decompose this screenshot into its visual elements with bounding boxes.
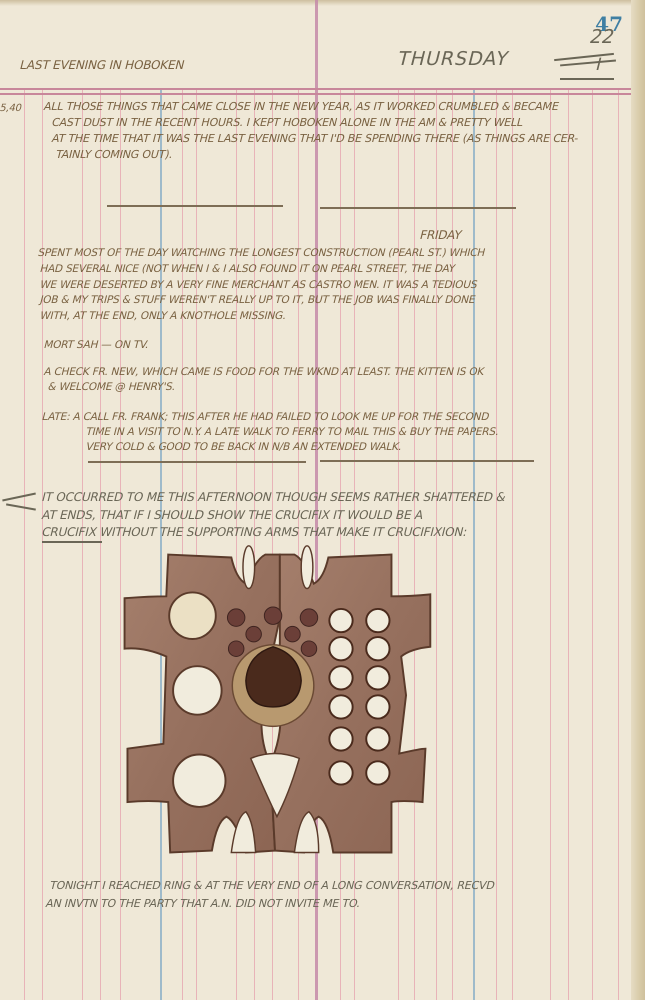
section-divider: [320, 207, 516, 209]
header-rule: [0, 88, 636, 90]
entry-line: CRUCIFIX WITHOUT THE SUPPORTING ARMS THA…: [40, 525, 469, 540]
date-underline: [560, 78, 614, 80]
ruling-line: [568, 90, 569, 1000]
ruling-line: [550, 90, 551, 1000]
entry-line: SPENT MOST OF THE DAY WATCHING THE LONGE…: [36, 246, 487, 261]
drawing-hole: [173, 666, 222, 715]
entry-line: AT THE TIME THAT IT WAS THE LAST EVENING…: [50, 131, 580, 146]
ruling-line: [100, 90, 101, 1000]
header-rule: [0, 93, 636, 95]
ruling-line: [82, 90, 83, 1000]
section-divider: [320, 460, 534, 462]
ruling-line-blue: [473, 90, 475, 1000]
header-title: LAST EVENING IN HOBOKEN: [18, 58, 186, 73]
entry-line: TAINLY COMING OUT).: [54, 147, 174, 162]
ruling-line: [592, 90, 593, 1000]
entry-line: LATE: A CALL FR. FRANK; THIS AFTER HE HA…: [40, 410, 491, 425]
arrow-pointer: [6, 503, 36, 510]
drawing-hole: [169, 592, 216, 639]
entry-line: IT OCCURRED TO ME THIS AFTERNOON THOUGH …: [40, 490, 507, 505]
margin-note: 5,40: [0, 101, 23, 116]
header-day: THURSDAY: [396, 52, 510, 67]
entry-line: A CHECK FR. NEW, WHICH CAME IS FOOD FOR …: [42, 365, 485, 380]
notebook-page: 47 LAST EVENING IN HOBOKEN THURSDAY 22 I…: [0, 0, 645, 1000]
ruling-line: [512, 90, 513, 1000]
section-divider: [88, 461, 306, 463]
ruling-line: [618, 90, 619, 1000]
entry-line: TIME IN A VISIT TO N.Y. A LATE WALK TO F…: [84, 425, 500, 440]
header-date-day: 22: [588, 30, 616, 45]
drawing-hole: [173, 755, 225, 807]
page-top-edge: [0, 0, 645, 6]
page-edge: [631, 0, 645, 1000]
entry-line: TONIGHT I REACHED RING & AT THE VERY END…: [48, 878, 496, 893]
entry-line: CAST DUST IN THE RECENT HOURS. I KEPT HO…: [50, 115, 524, 130]
entry-line: HAD SEVERAL NICE (NOT WHEN I & I ALSO FO…: [38, 262, 456, 277]
entry-mort: MORT SAH — ON TV.: [42, 338, 150, 353]
ruling-line: [24, 90, 25, 1000]
arrow-pointer: [2, 492, 36, 501]
entry-line: AT ENDS, THAT IF I SHOULD SHOW THE CRUCI…: [40, 508, 425, 523]
crucifix-drawing: [110, 540, 440, 870]
entry-line: ALL THOSE THINGS THAT CAME CLOSE IN THE …: [42, 99, 560, 114]
entry-line: JOB & MY TRIPS & STUFF WEREN'T REALLY UP…: [38, 293, 477, 308]
ruling-line: [496, 90, 497, 1000]
entry-line: WITH, AT THE END, ONLY A KNOTHOLE MISSIN…: [38, 309, 288, 324]
entry-line: AN INVTN TO THE PARTY THAT A.N. DID NOT …: [44, 896, 362, 911]
ruling-line: [452, 90, 453, 1000]
drawing-slot: [301, 546, 313, 589]
drawing-slot: [243, 546, 255, 589]
entry-heading: FRIDAY: [418, 228, 463, 243]
ruling-line: [42, 90, 43, 1000]
date-fraction-bar: [560, 60, 616, 66]
section-divider: [107, 205, 283, 207]
header-date-month: I: [594, 58, 603, 73]
entry-line: & WELCOME @ HENRY'S.: [46, 380, 177, 395]
entry-line: WE WERE DESERTED BY A VERY FINE MERCHANT…: [38, 278, 479, 293]
entry-line: VERY COLD & GOOD TO BE BACK IN N/B AN EX…: [84, 440, 403, 455]
underline: [42, 541, 102, 543]
